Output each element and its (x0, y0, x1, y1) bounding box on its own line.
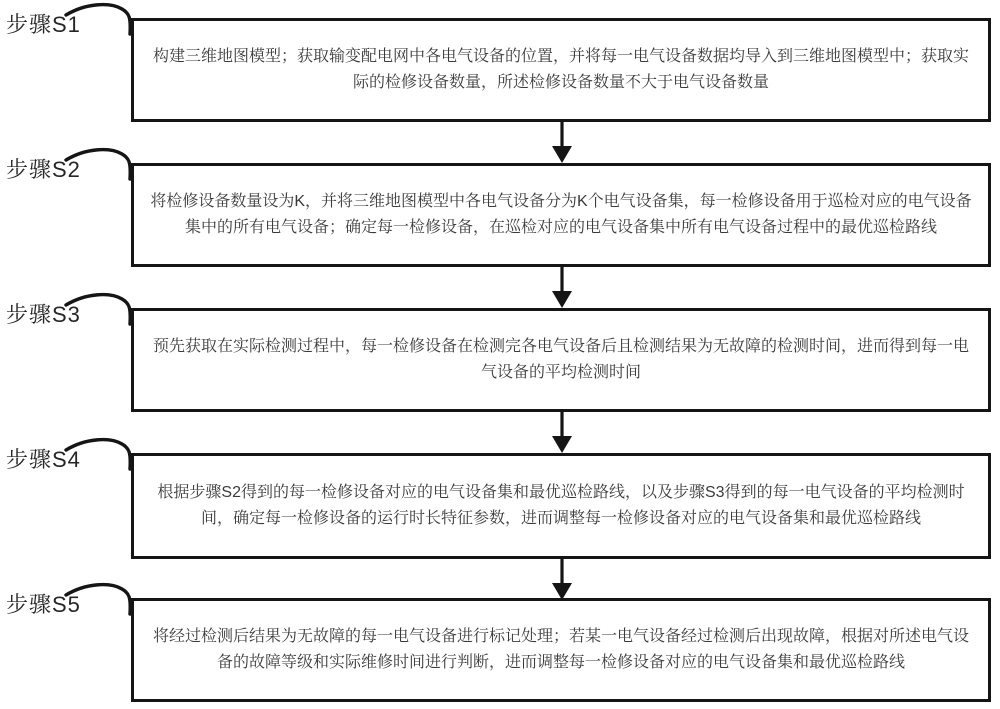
leader-line-s4 (64, 437, 134, 473)
step-text-s4: 根据步骤S2得到的每一检修设备对应的电气设备集和最优巡检路线，以及步骤S3得到的… (134, 480, 988, 532)
leader-line-s1 (64, 2, 134, 38)
step-box-s5: 将经过检测后结果为无故障的每一电气设备进行标记处理；若某一电气设备经过检测后出现… (131, 598, 991, 702)
flow-arrow-4 (548, 558, 576, 600)
step-box-s3: 预先获取在实际检测过程中，每一检修设备在检测完各电气设备后且检测结果为无故障的检… (131, 308, 991, 412)
step-text-s1: 构建三维地图模型；获取输变配电网中各电气设备的位置，并将每一电气设备数据均导入到… (134, 44, 988, 96)
flow-arrow-3 (548, 411, 576, 453)
leader-line-s5 (64, 582, 134, 618)
step-box-s2: 将检修设备数量设为K，并将三维地图模型中各电气设备分为K个电气设备集，每一检修设… (131, 163, 991, 267)
flowchart: 步骤S1 构建三维地图模型；获取输变配电网中各电气设备的位置，并将每一电气设备数… (0, 0, 1000, 709)
flow-arrow-2 (548, 266, 576, 308)
step-text-s2: 将检修设备数量设为K，并将三维地图模型中各电气设备分为K个电气设备集，每一检修设… (134, 189, 988, 241)
leader-line-s2 (64, 147, 134, 183)
step-box-s1: 构建三维地图模型；获取输变配电网中各电气设备的位置，并将每一电气设备数据均导入到… (131, 18, 991, 122)
step-box-s4: 根据步骤S2得到的每一检修设备对应的电气设备集和最优巡检路线，以及步骤S3得到的… (131, 453, 991, 559)
flow-arrow-1 (548, 121, 576, 163)
step-text-s5: 将经过检测后结果为无故障的每一电气设备进行标记处理；若某一电气设备经过检测后出现… (134, 624, 988, 676)
step-text-s3: 预先获取在实际检测过程中，每一检修设备在检测完各电气设备后且检测结果为无故障的检… (134, 334, 988, 386)
leader-line-s3 (64, 292, 134, 328)
